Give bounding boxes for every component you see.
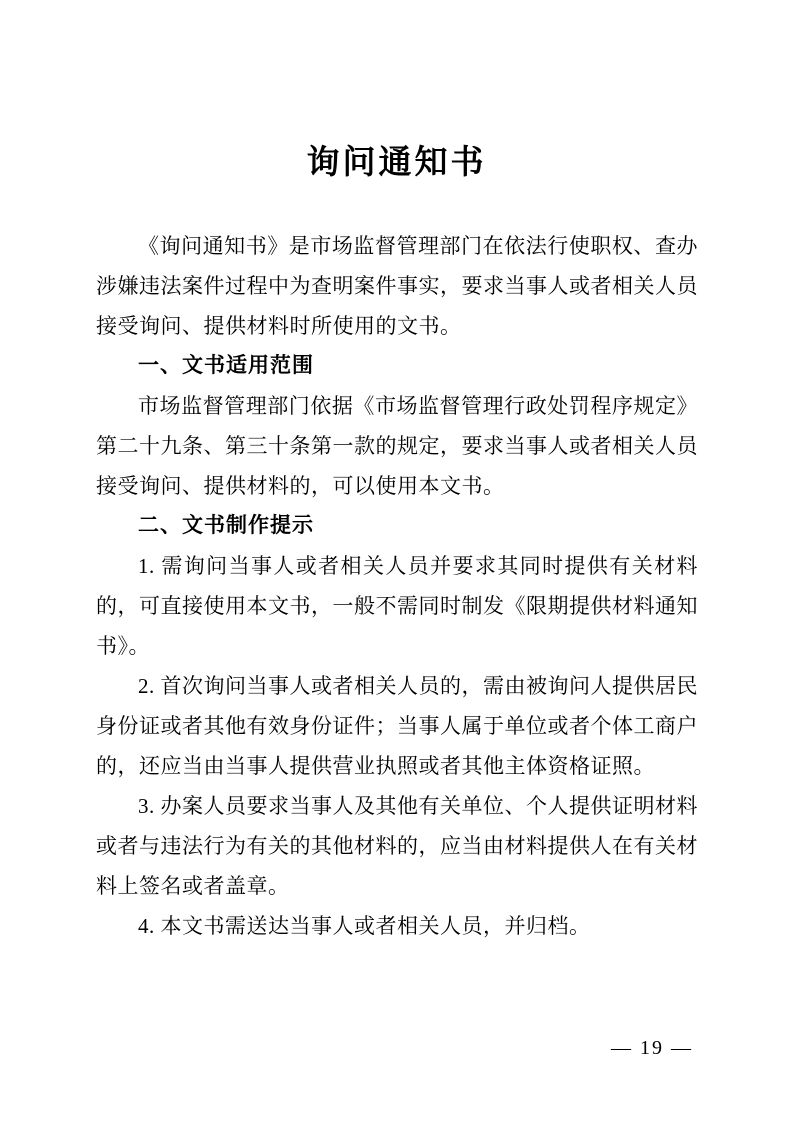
document-content: 《询问通知书》是市场监督管理部门在依法行使职权、查办涉嫌违法案件过程中为查明案件… [96, 226, 698, 946]
body-paragraph: 4. 本文书需送达当事人或者相关人员，并归档。 [96, 906, 698, 946]
document-page: 询问通知书 《询问通知书》是市场监督管理部门在依法行使职权、查办涉嫌违法案件过程… [0, 0, 793, 1122]
section-heading: 二、文书制作提示 [96, 506, 698, 546]
page-footer: — 19 — [611, 1036, 693, 1060]
section-heading: 一、文书适用范围 [96, 346, 698, 386]
body-paragraph: 3. 办案人员要求当事人及其他有关单位、个人提供证明材料或者与违法行为有关的其他… [96, 786, 698, 906]
document-title: 询问通知书 [0, 136, 793, 183]
body-paragraph: 市场监督管理部门依据《市场监督管理行政处罚程序规定》第二十九条、第三十条第一款的… [96, 386, 698, 506]
body-paragraph: 《询问通知书》是市场监督管理部门在依法行使职权、查办涉嫌违法案件过程中为查明案件… [96, 226, 698, 346]
body-paragraph: 1. 需询问当事人或者相关人员并要求其同时提供有关材料的，可直接使用本文书，一般… [96, 546, 698, 666]
body-paragraph: 2. 首次询问当事人或者相关人员的，需由被询问人提供居民身份证或者其他有效身份证… [96, 666, 698, 786]
page-number: — 19 — [611, 1037, 693, 1059]
